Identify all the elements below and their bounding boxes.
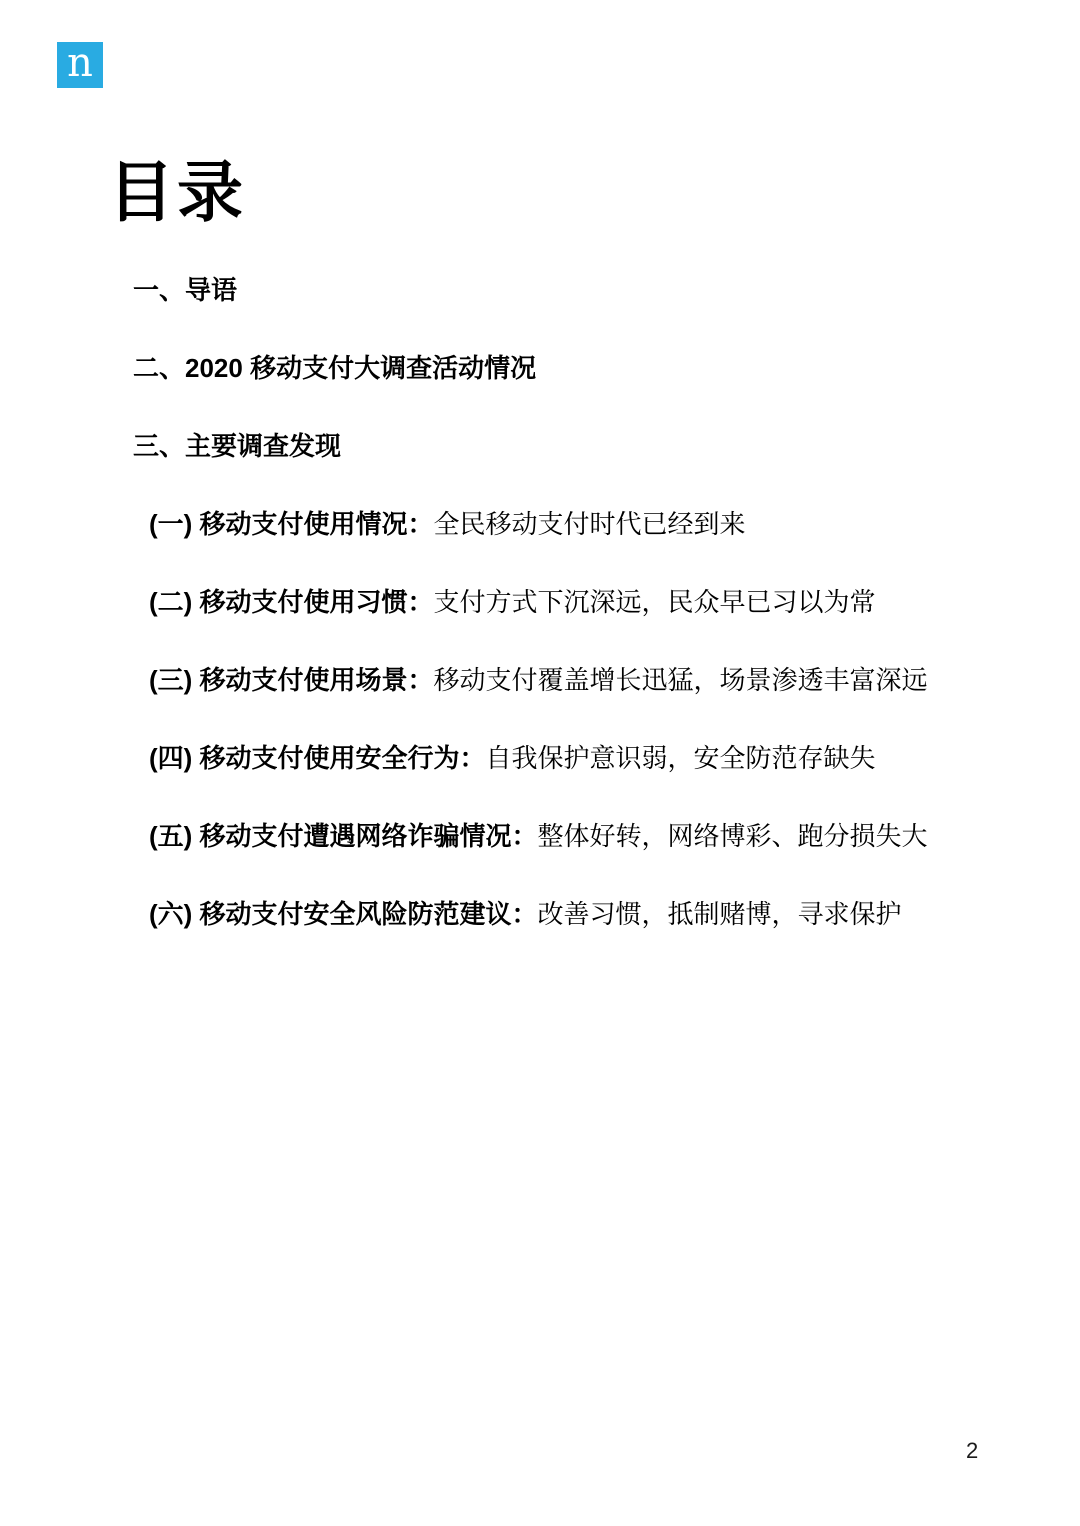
page-title: 目录 <box>108 150 246 234</box>
toc-item-description: 全民移动支付时代已经到来 <box>434 509 746 539</box>
toc-item-label: (二) 移动支付使用习惯： <box>149 587 434 617</box>
toc-item: (一) 移动支付使用情况：全民移动支付时代已经到来 <box>133 506 1013 542</box>
toc-item: (六) 移动支付安全风险防范建议：改善习惯，抵制赌博，寻求保护 <box>133 896 1013 932</box>
toc-item-label: (三) 移动支付使用场景： <box>149 665 434 695</box>
toc-item: (五) 移动支付遭遇网络诈骗情况：整体好转，网络博彩、跑分损失大 <box>133 818 1013 854</box>
nielsen-logo: n <box>57 42 103 88</box>
nielsen-logo-letter: n <box>67 43 93 88</box>
toc-item-label: 三、主要调查发现 <box>133 431 341 461</box>
toc-item: (三) 移动支付使用场景：移动支付覆盖增长迅猛，场景渗透丰富深远 <box>133 662 1013 698</box>
toc-item-label: (五) 移动支付遭遇网络诈骗情况： <box>149 821 538 851</box>
toc-item-description: 整体好转，网络博彩、跑分损失大 <box>538 821 928 851</box>
toc-item-description: 自我保护意识弱，安全防范存缺失 <box>486 743 876 773</box>
toc-item: 一、导语 <box>133 272 1013 308</box>
table-of-contents: 一、导语 二、2020 移动支付大调查活动情况 三、主要调查发现 (一) 移动支… <box>133 272 1013 974</box>
toc-item-description: 支付方式下沉深远，民众早已习以为常 <box>434 587 876 617</box>
toc-item: (四) 移动支付使用安全行为：自我保护意识弱，安全防范存缺失 <box>133 740 1013 776</box>
toc-item-label: (一) 移动支付使用情况： <box>149 509 434 539</box>
document-page: n 目录 一、导语 二、2020 移动支付大调查活动情况 三、主要调查发现 (一… <box>0 0 1080 1526</box>
toc-item-label: (四) 移动支付使用安全行为： <box>149 743 486 773</box>
toc-item-description: 移动支付覆盖增长迅猛，场景渗透丰富深远 <box>434 665 928 695</box>
toc-item: 二、2020 移动支付大调查活动情况 <box>133 350 1013 386</box>
toc-item-label: 二、2020 移动支付大调查活动情况 <box>133 353 536 383</box>
toc-item: (二) 移动支付使用习惯：支付方式下沉深远，民众早已习以为常 <box>133 584 1013 620</box>
toc-item-label: (六) 移动支付安全风险防范建议： <box>149 899 538 929</box>
toc-item-description: 改善习惯，抵制赌博，寻求保护 <box>538 899 902 929</box>
toc-item: 三、主要调查发现 <box>133 428 1013 464</box>
page-number: 2 <box>966 1438 978 1464</box>
toc-item-label: 一、导语 <box>133 275 237 305</box>
